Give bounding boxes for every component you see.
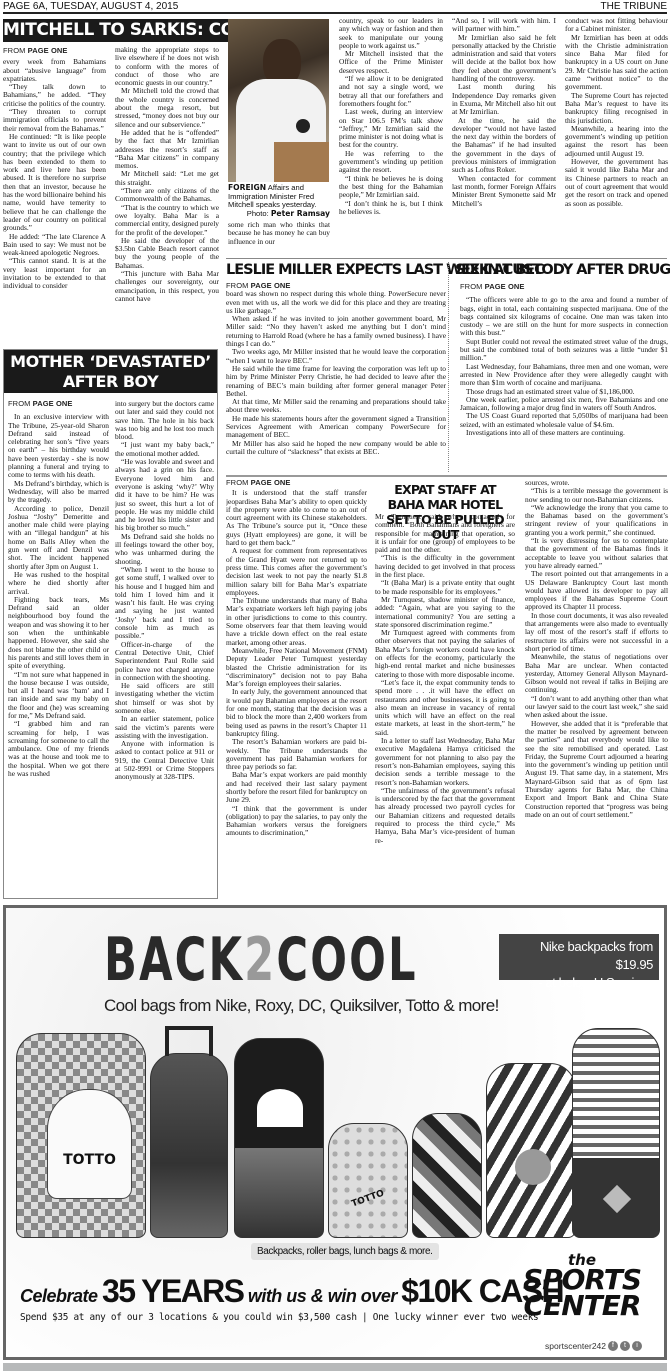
- story-mother-col2: into surgery but the doctors came out la…: [115, 400, 214, 895]
- page-folio: PAGE 6A, TUESDAY, AUGUST 4, 2015 THE TRI…: [3, 0, 667, 14]
- story-mitchell-col1: FROM PAGE ONE every week from Bahamians …: [3, 47, 106, 335]
- from-page-one: FROM PAGE ONE: [3, 47, 106, 55]
- column-divider: [448, 262, 449, 472]
- photo-caption: FOREIGN Affairs and Immigration Minister…: [228, 184, 330, 218]
- story-mitchell-col3: some rich man who thinks that because he…: [228, 221, 330, 251]
- story-miller-body: FROM PAGE ONE board was shown no respect…: [226, 282, 446, 472]
- roller-bag-image: [150, 1053, 228, 1238]
- roxy-backpack-image: [486, 1063, 576, 1238]
- section-divider: [226, 258, 667, 259]
- story-mitchell-col2: making the appropriate steps to live els…: [115, 46, 219, 335]
- from-page-one: FROM PAGE ONE: [460, 283, 668, 291]
- instagram-icon[interactable]: i: [632, 1341, 642, 1351]
- photo-fred-mitchell: [228, 19, 329, 182]
- story-mother-headline: MOTHER ‘DEVASTATED’ AFTER BOY ‘ACCIDENTA…: [4, 350, 217, 393]
- social-handle: sportscenter242: [545, 1341, 606, 1351]
- page-bottom-bar: [3, 1363, 667, 1371]
- quiksilver-backpack-image: [234, 1038, 324, 1238]
- story-drugs-body: FROM PAGE ONE “The officers were able to…: [460, 283, 668, 473]
- story-mitchell-col4: country, speak to our leaders in any whi…: [339, 17, 443, 257]
- ad-price-box: Nike backpacks from $19.95 - at below U.…: [499, 934, 659, 980]
- story-mitchell-headline: MITCHELL TO SARKIS: CONFORM OR LEAVE: [3, 19, 256, 42]
- from-page-one: FROM PAGE ONE: [226, 479, 367, 487]
- ad-bags-image: TOTTO TOTTO: [12, 1028, 662, 1238]
- ad-fine-print: Spend $35 at any of our 3 locations & yo…: [20, 1312, 538, 1323]
- ad-promo-headline: Celebrate 35 YEARS with us & win over $1…: [20, 1273, 563, 1310]
- ad-bags-caption: Backpacks, roller bags, lunch bags & mor…: [251, 1243, 439, 1260]
- photo-podium: [274, 142, 329, 182]
- totto-backpack-image: TOTTO: [16, 1033, 146, 1238]
- dakine-backpack-image: [572, 1028, 660, 1238]
- story-expat-col1: FROM PAGE ONE It is understood that the …: [226, 479, 367, 899]
- story-mitchell-col5: “And so, I will work with him. I will pa…: [452, 17, 556, 257]
- lunch-bag-image: TOTTO: [328, 1123, 408, 1238]
- sports-center-logo: the SPORTS CENTER: [522, 1253, 642, 1319]
- facebook-icon[interactable]: f: [608, 1341, 618, 1351]
- nike-lunch-bag-image: [412, 1113, 482, 1238]
- ad-social-links[interactable]: sportscenter242 f t i: [545, 1341, 642, 1351]
- ad-title: BACK2COOL: [104, 930, 418, 990]
- page-date: PAGE 6A, TUESDAY, AUGUST 4, 2015: [3, 0, 178, 13]
- from-page-one: FROM PAGE ONE: [8, 400, 109, 408]
- story-mitchell-col6: conduct was not fitting behaviour for a …: [565, 17, 668, 257]
- photo-credit: Photo: Peter Ramsay: [228, 210, 330, 219]
- story-mother-col1: FROM PAGE ONE In an exclusive interview …: [8, 400, 109, 895]
- story-expat-col2: Mr Turnquest said when contacted for com…: [375, 513, 515, 899]
- twitter-icon[interactable]: t: [620, 1341, 630, 1351]
- story-drugs-headline: SIX IN CUSTODY AFTER DRUG BUSTS: [455, 261, 668, 279]
- story-miller-headline: LESLIE MILLER EXPECTS LAST WEEK AT BEC: [226, 261, 448, 279]
- story-expat-col3: sources, wrote. “This is a terrible mess…: [525, 479, 668, 899]
- ad-tagline: Cool bags from Nike, Roxy, DC, Quiksilve…: [104, 996, 499, 1016]
- sports-center-advertisement[interactable]: BACK2COOL Cool bags from Nike, Roxy, DC,…: [3, 905, 667, 1360]
- newspaper-name: THE TRIBUNE: [601, 0, 668, 13]
- section-divider: [226, 475, 667, 477]
- microphone-icon: [296, 119, 310, 133]
